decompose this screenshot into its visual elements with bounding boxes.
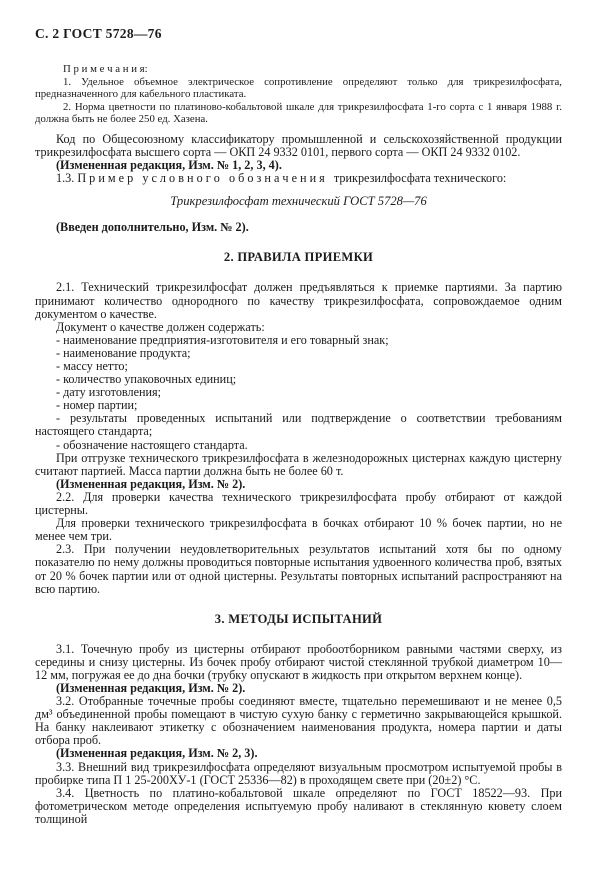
- note-item: 1. Удельное объемное электрическое сопро…: [35, 76, 562, 101]
- designation-example: Трикрезилфосфат технический ГОСТ 5728—76: [35, 194, 562, 209]
- list-item: - обозначение настоящего стандарта.: [35, 439, 562, 452]
- paragraph: 3.1. Точечную пробу из цистерны отбирают…: [35, 643, 562, 682]
- list-item: - наименование предприятия-изготовителя …: [35, 334, 562, 347]
- amendment-note: (Измененная редакция, Изм. № 2, 3).: [35, 747, 562, 760]
- designation-intro: 1.3. П р и м е р у с л о в н о г о о б о…: [35, 172, 562, 185]
- section-heading: 2. ПРАВИЛА ПРИЕМКИ: [35, 250, 562, 265]
- paragraph: При отгрузке технического трикрезилфосфа…: [35, 452, 562, 478]
- paragraph: Код по Общесоюзному классификатору промы…: [35, 133, 562, 159]
- paragraph: 2.1. Технический трикрезилфосфат должен …: [35, 281, 562, 320]
- paragraph: 3.3. Внешний вид трикрезилфосфата опреде…: [35, 761, 562, 787]
- note-item: 2. Норма цветности по платиново-кобальто…: [35, 101, 562, 126]
- amendment-note: (Измененная редакция, Изм. № 2).: [35, 478, 562, 491]
- notes-section: П р и м е ч а н и я: 1. Удельное объемно…: [35, 63, 562, 126]
- document-body: Код по Общесоюзному классификатору промы…: [35, 133, 562, 826]
- list-item: - результаты проведенных испытаний или п…: [35, 412, 562, 438]
- paragraph: 3.4. Цветность по платино-кобальтовой шк…: [35, 787, 562, 826]
- notes-label: П р и м е ч а н и я:: [35, 63, 562, 76]
- paragraph: Для проверки технического трикрезилфосфа…: [35, 517, 562, 543]
- paragraph: 2.3. При получении неудовлетворительных …: [35, 543, 562, 595]
- page-header: С. 2 ГОСТ 5728—76: [35, 26, 562, 42]
- section-heading: 3. МЕТОДЫ ИСПЫТАНИЙ: [35, 612, 562, 627]
- paragraph: Документ о качестве должен содержать:: [35, 321, 562, 334]
- amendment-note: (Введен дополнительно, Изм. № 2).: [35, 221, 562, 234]
- paragraph: 3.2. Отобранные точечные пробы соединяют…: [35, 695, 562, 747]
- notes-list: 1. Удельное объемное электрическое сопро…: [35, 76, 562, 126]
- paragraph: 2.2. Для проверки качества технического …: [35, 491, 562, 517]
- document-page: С. 2 ГОСТ 5728—76 П р и м е ч а н и я: 1…: [0, 0, 595, 892]
